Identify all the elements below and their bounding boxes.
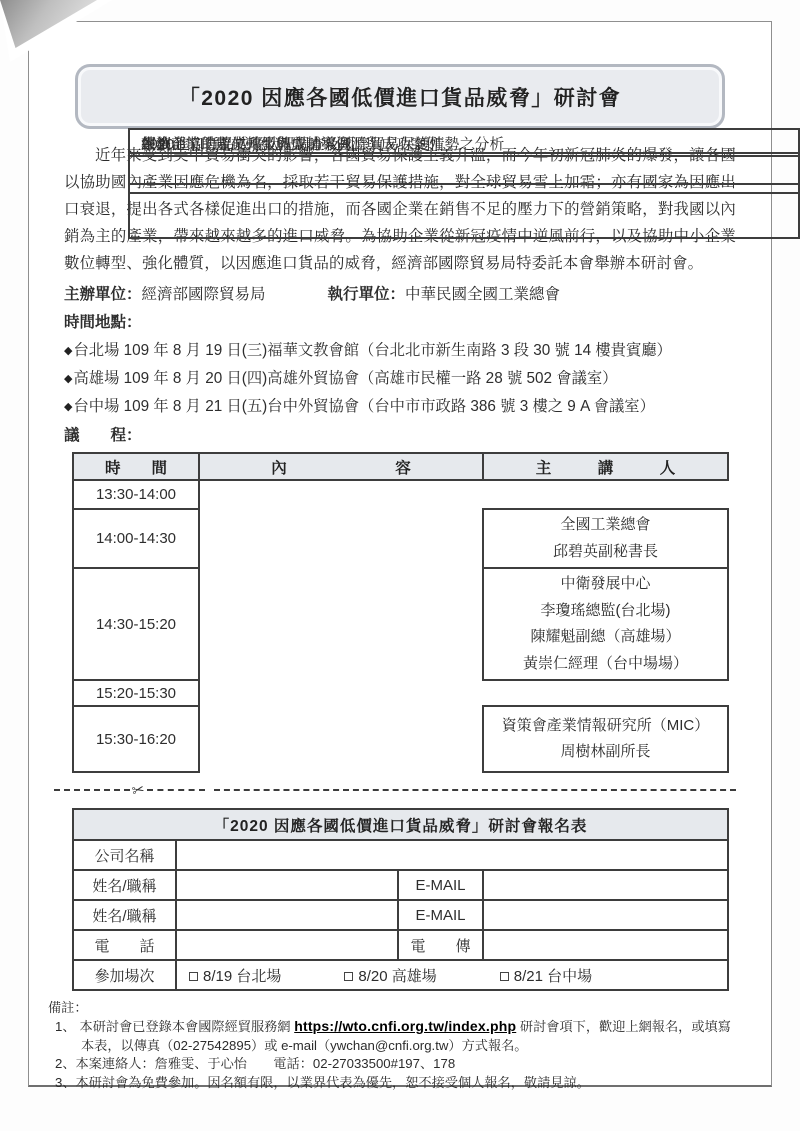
agenda-header-cell: 主 講 人 [483,453,728,480]
dash-segment [214,789,736,791]
agenda-row: 13:30-14:00報到 [73,480,728,509]
form-field-empty [483,870,728,900]
form-label: E-MAIL [398,870,483,900]
note-2: 2、本案連絡人：詹雅雯、于心怡 電話：02-27033500#197、178 [48,1055,736,1074]
agenda-speaker-cell: 中衛發展中心李瓊瑤總監(台北場)陳耀魁副總（高雄場）黃崇仁經理（台中場場） [483,568,728,680]
checkbox-icon[interactable] [344,972,353,981]
form-field-empty [483,930,728,960]
form-title: 「2020 因應各國低價進口貨品威脅」研討會報名表 [73,809,728,840]
form-row: 電 話 電 傳 [73,930,728,960]
note-1-continued: 本表，以傳真（02-27542895）或 e-mail（ywchan@cnfi.… [55,1037,736,1056]
agenda-time-cell: 14:30-15:20 [73,568,199,680]
speaker-name: 邱碧英副秘書長 [488,539,723,566]
cut-line: ✂ [54,782,736,798]
form-field-empty [176,870,398,900]
form-row: 姓名/職稱 E-MAIL [73,870,728,900]
speaker-name: 全國工業總會 [488,512,723,539]
venue-text: 高雄場 109 年 8 月 20 日(四)高雄外貿協會（高雄市民權一路 28 號… [73,370,617,387]
agenda-time-cell: 13:30-14:00 [73,480,199,509]
venue-list: ◆台北場 109 年 8 月 19 日(三)福華文教會館（台北北市新生南路 3 … [64,337,736,421]
form-label: 姓名/職稱 [73,870,176,900]
form-label: 姓名/職稱 [73,900,176,930]
form-row: 參加場次8/19 台北場8/20 高雄場8/21 台中場 [73,960,728,990]
agenda-speaker-cell: 資策會產業情報研究所（MIC）周樹林副所長 [483,706,728,772]
agenda-time-cell: 14:00-14:30 [73,509,199,568]
speaker-name: 資策會產業情報研究所（MIC） [488,713,723,740]
speaker-name: 中衛發展中心 [488,571,723,598]
session-option: 8/21 台中場 [500,968,592,985]
agenda-time-cell: 15:20-15:30 [73,680,199,706]
notes-label: 備註： [48,999,736,1017]
form-row: 公司名稱 [73,840,728,870]
note-3: 3、本研討會為免費參加。因名額有限，以業界代表為優先，恕不接受個人報名，敬請見諒… [48,1074,736,1093]
diamond-bullet-icon: ◆ [64,401,72,413]
form-row: 姓名/職稱 E-MAIL [73,900,728,930]
agenda-header-cell: 內 容 [199,453,483,480]
dash-segment [54,789,130,791]
form-label: 參加場次 [73,960,176,990]
executor-label: 執行單位： [328,286,406,303]
diamond-bullet-icon: ◆ [64,345,72,357]
organizer-label: 主辦單位： [64,286,142,303]
organizer-line: 主辦單位：經濟部國際貿易局執行單位：中華民國全國工業總會 [64,281,736,309]
checkbox-icon[interactable] [500,972,509,981]
session-option: 8/20 高雄場 [344,968,436,985]
agenda-row: 14:00-14:302020進口貨品威脅狀況調查及國際貿易保護情勢之分析全國工… [73,509,728,568]
speaker-name: 黃崇仁經理（台中場場） [488,651,723,678]
checkbox-icon[interactable] [189,972,198,981]
scissors-icon: ✂ [131,781,146,798]
speaker-name: 李瓊瑤總監(台北場) [488,598,723,625]
form-field-empty [176,840,728,870]
speaker-name: 陳耀魁副總（高雄場） [488,624,723,651]
form-label: E-MAIL [398,900,483,930]
agenda-row: 15:20-15:30茶敘 [73,680,728,706]
agenda-table: 時 間內 容主 講 人 13:30-14:00報到14:00-14:302020… [72,452,729,773]
session-options-cell: 8/19 台北場8/20 高雄場8/21 台中場 [176,960,728,990]
form-field-empty [176,900,398,930]
speaker-name: 周樹林副所長 [488,739,723,766]
agenda-header-row: 時 間內 容主 講 人 [73,453,728,480]
agenda-header-cell: 時 間 [73,453,199,480]
form-label: 電 話 [73,930,176,960]
agenda-row: 15:30-16:20中小企業的數位轉型與成功案例資策會產業情報研究所（MIC）… [73,706,728,772]
venue-text: 台北場 109 年 8 月 19 日(三)福華文教會館（台北北市新生南路 3 段… [73,342,671,359]
note-1-text: 本研討會已登錄本會國際經貿服務網 [80,1019,295,1034]
note-1-number: 1、 [55,1019,76,1034]
page-title: 「2020 因應各國低價進口貨品威脅」研討會 [88,82,712,112]
organizer-value: 經濟部國際貿易局 [142,286,266,303]
venue-item: ◆台北場 109 年 8 月 19 日(三)福華文教會館（台北北市新生南路 3 … [64,337,736,365]
agenda-speaker-cell: 全國工業總會邱碧英副秘書長 [483,509,728,568]
agenda-content-cell: 中小企業的數位轉型與成功案例 [128,128,800,194]
notes-section: 備註： 1、本研討會已登錄本會國際經貿服務網 https://wto.cnfi.… [48,999,736,1092]
diamond-bullet-icon: ◆ [64,373,72,385]
dash-segment [147,789,205,791]
note-1: 1、本研討會已登錄本會國際經貿服務網 https://wto.cnfi.org.… [48,1017,736,1055]
title-box: 「2020 因應各國低價進口貨品威脅」研討會 [75,64,725,129]
agenda-row: 14:30-15:20經濟部協助產業升級轉型輔導資源與成功案例中衛發展中心李瓊瑤… [73,568,728,680]
venue-text: 台中場 109 年 8 月 21 日(五)台中外貿協會（台中市市政路 386 號… [73,398,654,415]
agenda-time-cell: 15:30-16:20 [73,706,199,772]
session-option-label: 8/19 台北場 [203,968,281,985]
agenda-label: 議 程： [64,422,736,449]
registration-url-link[interactable]: https://wto.cnfi.org.tw/index.php [294,1018,516,1034]
form-field-empty [483,900,728,930]
executor-value: 中華民國全國工業總會 [405,286,560,303]
session-option-label: 8/20 高雄場 [358,968,436,985]
session-option: 8/19 台北場 [189,968,281,985]
session-option-label: 8/21 台中場 [514,968,592,985]
document-body: 「2020 因應各國低價進口貨品威脅」研討會 近年來受到美中貿易衝突的影響，各國… [64,64,736,1092]
form-label: 公司名稱 [73,840,176,870]
form-title-row: 「2020 因應各國低價進口貨品威脅」研討會報名表 [73,809,728,840]
venue-item: ◆高雄場 109 年 8 月 20 日(四)高雄外貿協會（高雄市民權一路 28 … [64,365,736,393]
time-place-label: 時間地點： [64,309,736,337]
registration-form-table: 「2020 因應各國低價進口貨品威脅」研討會報名表公司名稱 姓名/職稱 E-MA… [72,808,729,991]
form-field-empty [176,930,398,960]
form-label: 電 傳 [398,930,483,960]
venue-item: ◆台中場 109 年 8 月 21 日(五)台中外貿協會（台中市市政路 386 … [64,393,736,421]
note-1-text-suffix: 研討會項下，歡迎上網報名，或填寫 [516,1019,731,1034]
